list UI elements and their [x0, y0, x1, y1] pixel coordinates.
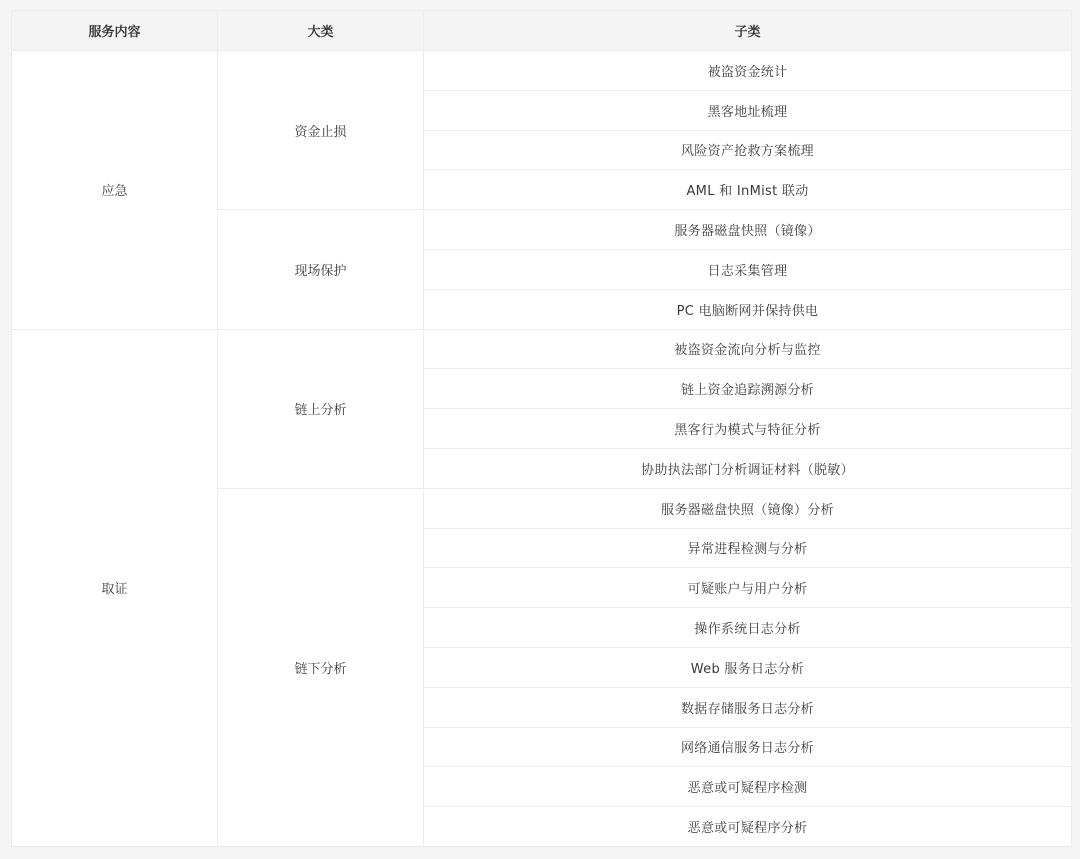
subcategory-cell: 恶意或可疑程序检测	[424, 767, 1072, 807]
category-cell: 资金止损	[218, 51, 424, 210]
subcategory-cell: 风险资产抢救方案梳理	[424, 130, 1072, 170]
subcategory-cell: 服务器磁盘快照（镜像）分析	[424, 488, 1072, 528]
table-row: 应急 资金止损 被盗资金统计	[12, 51, 1072, 91]
category-cell: 链上分析	[218, 329, 424, 488]
subcategory-cell: 被盗资金流向分析与监控	[424, 329, 1072, 369]
subcategory-cell: PC 电脑断网并保持供电	[424, 289, 1072, 329]
service-table-container: 服务内容 大类 子类 应急 资金止损 被盗资金统计 黑客地址梳理 风险资产抢救方…	[11, 10, 1071, 847]
subcategory-cell: 操作系统日志分析	[424, 608, 1072, 648]
service-cell: 应急	[12, 51, 218, 330]
subcategory-cell: 服务器磁盘快照（镜像）	[424, 210, 1072, 250]
subcategory-cell: 链上资金追踪溯源分析	[424, 369, 1072, 409]
table-header-row: 服务内容 大类 子类	[12, 11, 1072, 51]
header-subcategory: 子类	[424, 11, 1072, 51]
subcategory-cell: 日志采集管理	[424, 249, 1072, 289]
subcategory-cell: 协助执法部门分析调证材料（脱敏）	[424, 448, 1072, 488]
subcategory-cell: Web 服务日志分析	[424, 647, 1072, 687]
table-row: 取证 链上分析 被盗资金流向分析与监控	[12, 329, 1072, 369]
subcategory-cell: 黑客行为模式与特征分析	[424, 409, 1072, 449]
subcategory-cell: 异常进程检测与分析	[424, 528, 1072, 568]
header-category: 大类	[218, 11, 424, 51]
subcategory-cell: AML 和 InMist 联动	[424, 170, 1072, 210]
header-service: 服务内容	[12, 11, 218, 51]
subcategory-cell: 数据存储服务日志分析	[424, 687, 1072, 727]
subcategory-cell: 网络通信服务日志分析	[424, 727, 1072, 767]
subcategory-cell: 恶意或可疑程序分析	[424, 807, 1072, 847]
service-cell: 取证	[12, 329, 218, 846]
subcategory-cell: 黑客地址梳理	[424, 90, 1072, 130]
service-table: 服务内容 大类 子类 应急 资金止损 被盗资金统计 黑客地址梳理 风险资产抢救方…	[11, 10, 1072, 847]
subcategory-cell: 可疑账户与用户分析	[424, 568, 1072, 608]
category-cell: 现场保护	[218, 210, 424, 329]
subcategory-cell: 被盗资金统计	[424, 51, 1072, 91]
category-cell: 链下分析	[218, 488, 424, 846]
